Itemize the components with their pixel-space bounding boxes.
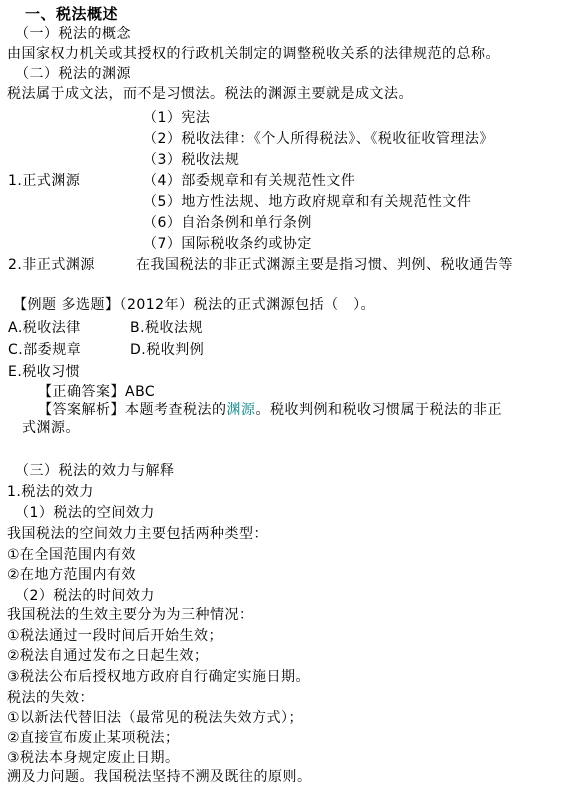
informal-sources-label: 2.非正式渊源 (8, 257, 95, 273)
effect-line-10: ③税法公布后授权地方政府自行确定实施日期。 (7, 669, 310, 685)
effect-line-3: 我国税法的空间效力主要包括两种类型： (7, 526, 268, 542)
origin-heading: （二）税法的渊源 (15, 66, 131, 82)
formal-sources-label: 1.正式渊源 (8, 173, 80, 189)
informal-sources-text: 在我国税法的非正式渊源主要是指习惯、判例、税收通告等 (136, 257, 513, 273)
formal-item-1: （1）宪法 (143, 110, 210, 126)
effect-line-4: ①在全国范围内有效 (7, 547, 136, 563)
formal-item-3: （3）税收法规 (143, 152, 239, 168)
option-c: C.部委规章 (8, 342, 81, 358)
effect-line-5: ②在地方范围内有效 (7, 567, 136, 583)
analysis-continuation: 式渊源。 (22, 420, 80, 436)
option-d: D.税收判例 (130, 342, 204, 358)
doc-title: 一、税法概述 (25, 6, 118, 22)
option-a: A.税收法律 (8, 320, 81, 336)
example-question: 【例题 多选题】（2012年）税法的正式渊源包括（ ）。 (13, 297, 375, 313)
origin-intro: 税法属于成文法，而不是习惯法。税法的渊源主要就是成文法。 (7, 86, 413, 102)
effect-line-9: ②税法自通过发布之日起生效； (7, 648, 209, 664)
effect-line-15: 溯及力问题。我国税法坚持不溯及既往的原则。 (7, 769, 312, 785)
formal-item-5: （5）地方性法规、地方政府规章和有关规范性文件 (143, 194, 471, 210)
effect-line-8: ①税法通过一段时间后开始生效； (7, 628, 223, 644)
document-page: 一、税法概述 （一）税法的概念 由国家权力机关或其授权的行政机关制定的调整税收关… (0, 0, 580, 785)
concept-heading: （一）税法的概念 (15, 26, 131, 42)
analysis-highlight: 渊源 (227, 402, 256, 418)
effect-heading: （三）税法的效力与解释 (15, 463, 175, 479)
effect-line-13: ②直接宣布废止某项税法； (7, 730, 180, 746)
analysis-prefix: 【答案解析】本题考查税法的 (38, 402, 227, 418)
formal-item-6: （6）自治条例和单行条例 (143, 215, 312, 231)
formal-item-2: （2）税收法律：《个人所得税法》、《税收征收管理法》 (143, 131, 494, 147)
effect-line-1: 1.税法的效力 (7, 484, 94, 500)
analysis-suffix: 。税收判例和税收习惯属于税法的非正 (256, 402, 503, 418)
effect-line-14: ③税法本身规定废止日期。 (7, 750, 180, 766)
effect-line-11: 税法的失效： (7, 690, 94, 706)
option-b: B.税收法规 (130, 320, 203, 336)
effect-line-7: 我国税法的生效主要分为为三种情况： (7, 607, 254, 623)
concept-body: 由国家权力机关或其授权的行政机关制定的调整税收关系的法律规范的总称。 (7, 46, 500, 62)
answer-analysis-line: 【答案解析】本题考查税法的渊源。税收判例和税收习惯属于税法的非正 (38, 402, 502, 418)
formal-item-7: （7）国际税收条约或协定 (143, 236, 312, 252)
effect-line-2: （1）税法的空间效力 (15, 505, 155, 521)
option-e: E.税收习惯 (8, 364, 80, 380)
effect-line-12: ①以新法代替旧法（最常见的税法失效方式）； (7, 710, 303, 726)
effect-line-6: （2）税法的时间效力 (15, 588, 155, 604)
correct-answer-line: 【正确答案】ABC (38, 384, 155, 400)
formal-item-4: （4）部委规章和有关规范性文件 (143, 173, 355, 189)
